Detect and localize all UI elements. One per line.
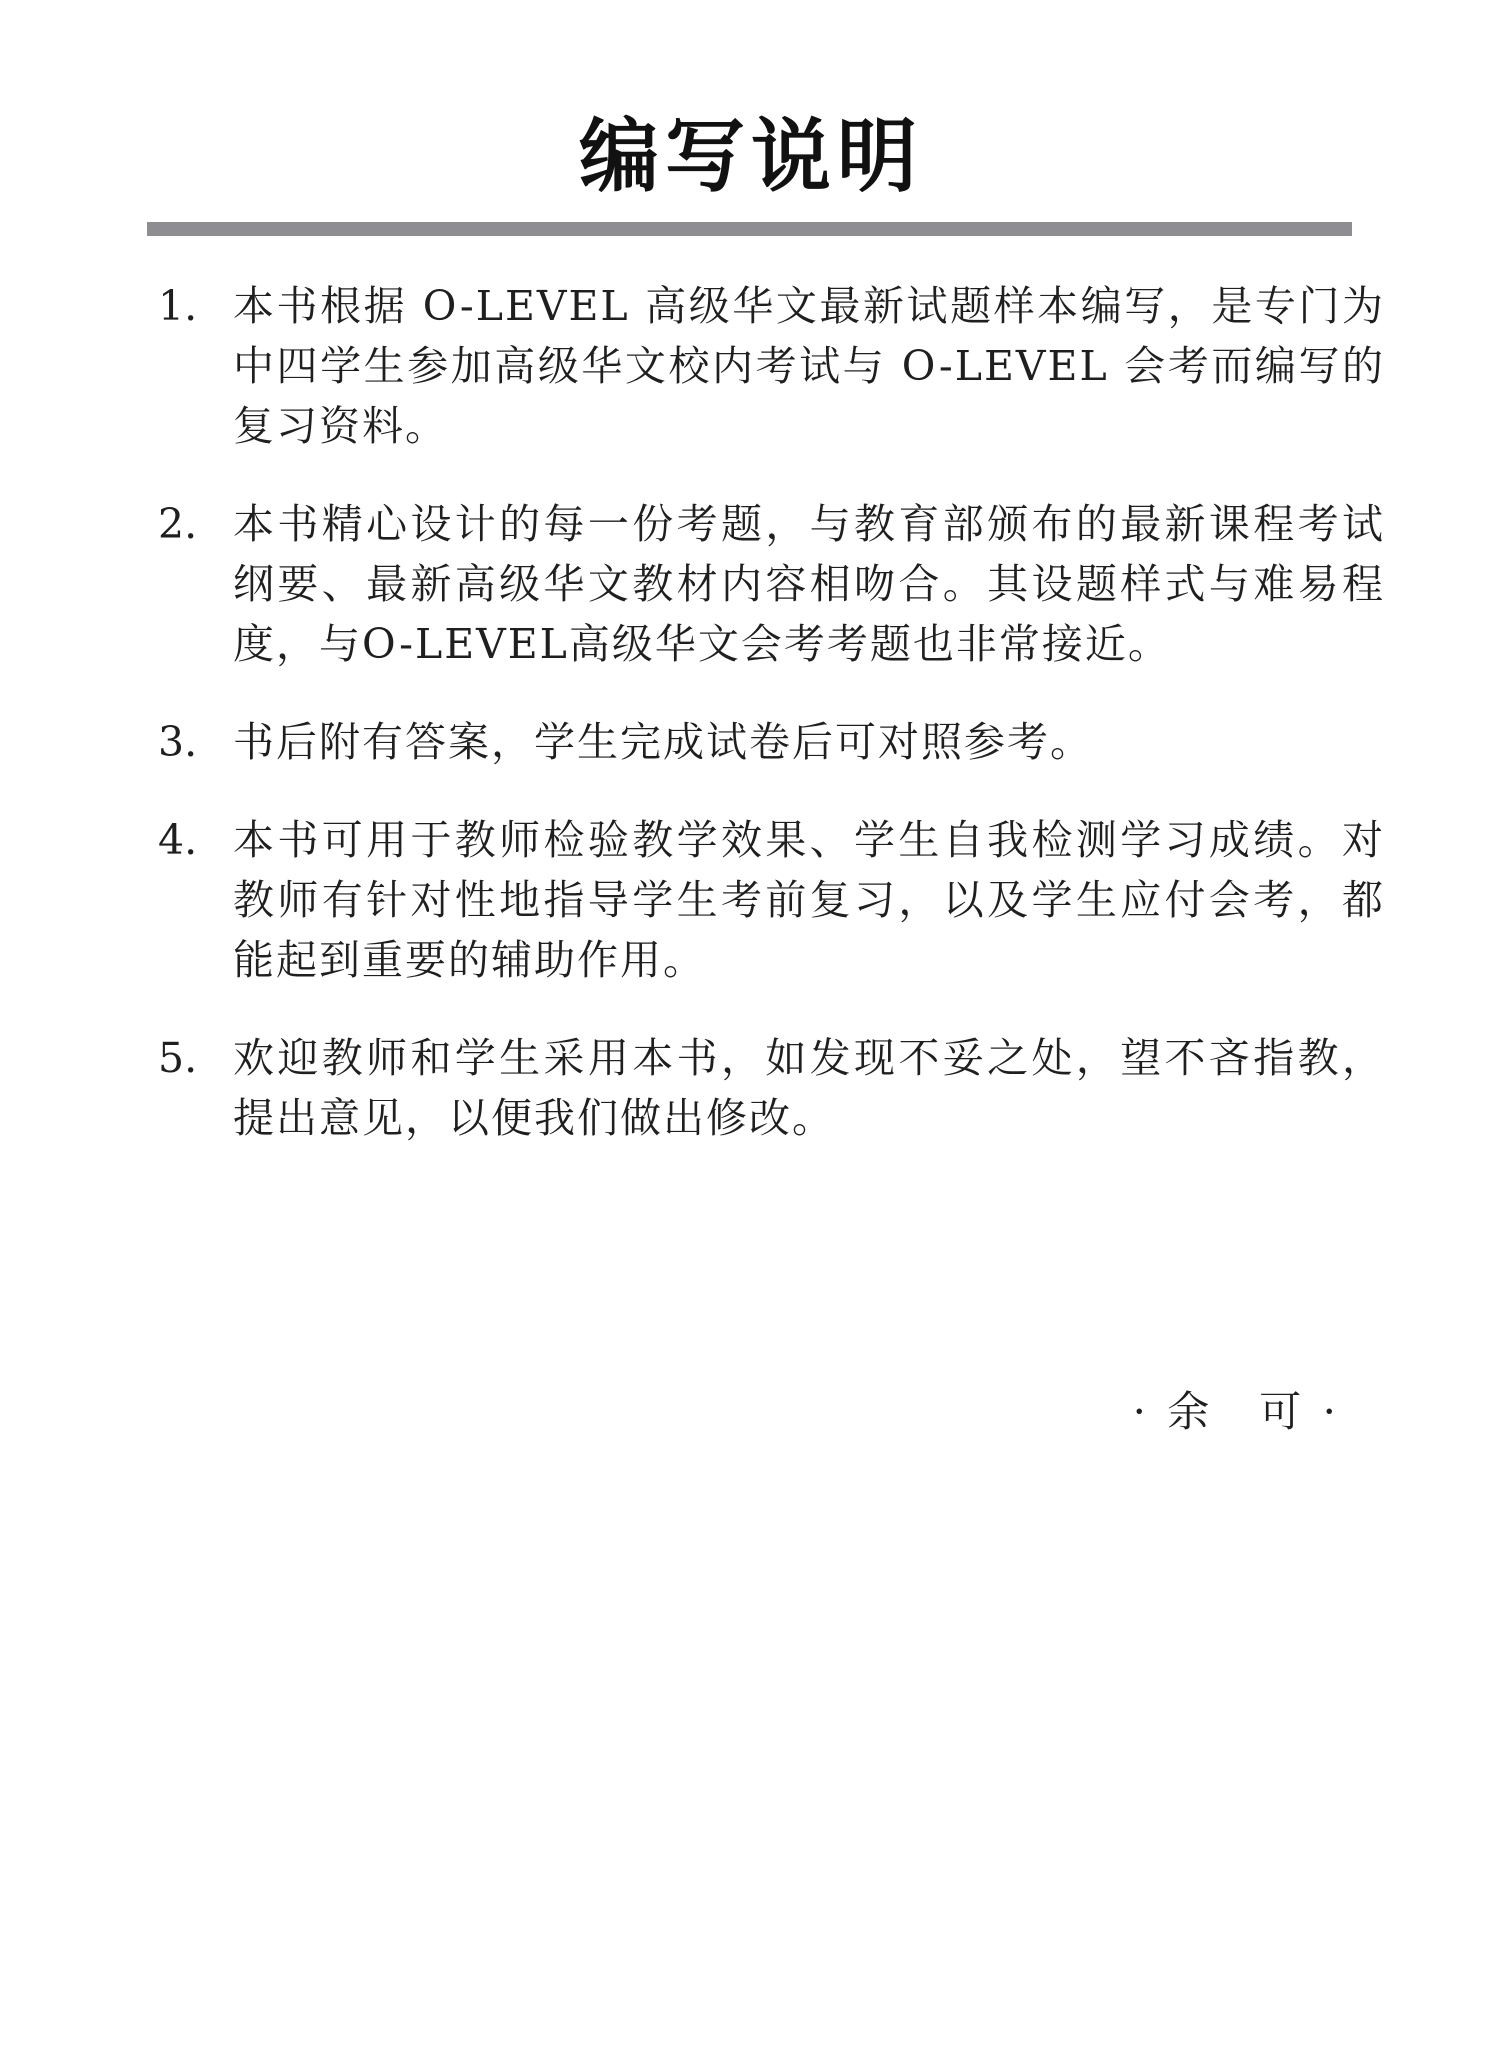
note-text: 本书可用于教师检验教学效果、学生自我检测学习成绩。对教师有针对性地指导学生考前复…	[233, 810, 1385, 990]
note-item-1: 1. 本书根据 O-LEVEL 高级华文最新试题样本编写，是专门为中四学生参加高…	[158, 276, 1385, 456]
note-item-5: 5. 欢迎教师和学生采用本书，如发现不妥之处，望不吝指教，提出意见，以便我们做出…	[158, 1028, 1385, 1148]
note-text: 本书根据 O-LEVEL 高级华文最新试题样本编写，是专门为中四学生参加高级华文…	[233, 276, 1385, 456]
notes-list: 1. 本书根据 O-LEVEL 高级华文最新试题样本编写，是专门为中四学生参加高…	[158, 276, 1385, 1186]
note-text: 本书精心设计的每一份考题，与教育部颁布的最新课程考试纲要、最新高级华文教材内容相…	[233, 494, 1385, 674]
title-divider-rule	[147, 222, 1352, 236]
note-item-3: 3. 书后附有答案，学生完成试卷后可对照参考。	[158, 712, 1385, 772]
note-number: 5.	[158, 1028, 233, 1148]
note-text: 书后附有答案，学生完成试卷后可对照参考。	[233, 712, 1385, 772]
author-signature: · 余 可 ·	[1133, 1388, 1340, 1436]
note-number: 4.	[158, 810, 233, 990]
note-number: 1.	[158, 276, 233, 456]
note-item-4: 4. 本书可用于教师检验教学效果、学生自我检测学习成绩。对教师有针对性地指导学生…	[158, 810, 1385, 990]
note-text: 欢迎教师和学生采用本书，如发现不妥之处，望不吝指教，提出意见，以便我们做出修改。	[233, 1028, 1385, 1148]
note-number: 2.	[158, 494, 233, 674]
note-item-2: 2. 本书精心设计的每一份考题，与教育部颁布的最新课程考试纲要、最新高级华文教材…	[158, 494, 1385, 674]
page-title: 编写说明	[0, 112, 1502, 202]
document-page: 编写说明 1. 本书根据 O-LEVEL 高级华文最新试题样本编写，是专门为中四…	[0, 0, 1502, 2052]
note-number: 3.	[158, 712, 233, 772]
